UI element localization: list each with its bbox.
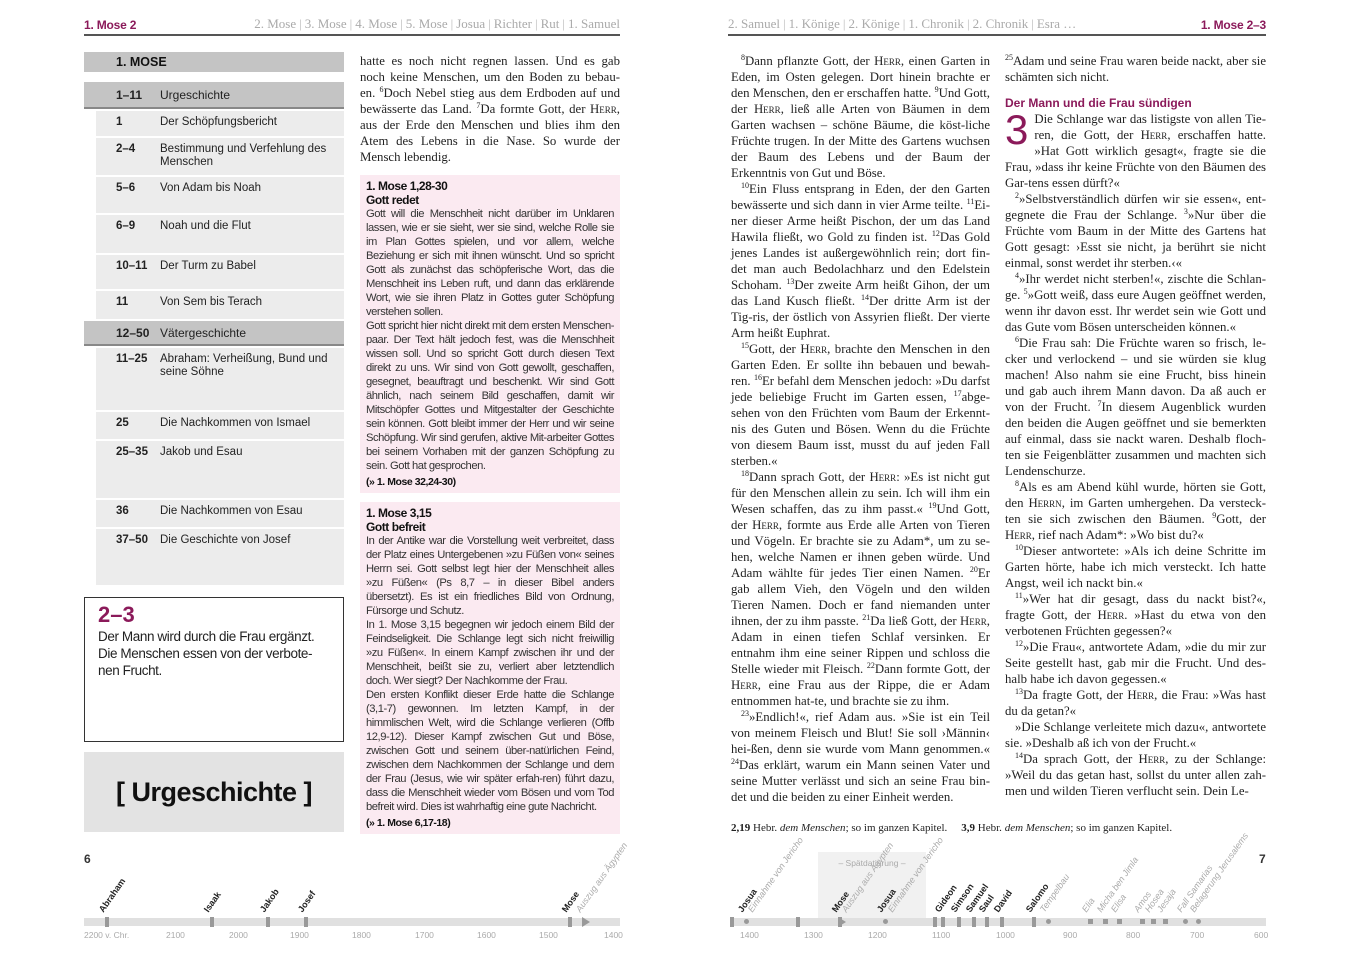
row-ref: 37–50: [116, 534, 160, 585]
verse-paragraph: 10Ein Fluss entsprang in Eden, der den G…: [731, 181, 990, 341]
outline-row[interactable]: 11Von Sem bis Terach: [96, 289, 344, 319]
timeline-label: Belagerung Jerusalems: [1188, 831, 1250, 914]
row-ref: 1: [116, 116, 160, 136]
timeline-tick: 1400: [604, 930, 623, 940]
nav-link-book[interactable]: Rut: [541, 16, 560, 32]
chapter-summary-box: 2–3 Der Mann wird durch die Frau ergänzt…: [84, 597, 344, 742]
devotional-paragraph: Gott will die Menschheit nicht darüber i…: [366, 207, 614, 319]
timeline-right: – Spätdatierung –JosuaEinnahme von Jeric…: [730, 852, 1266, 932]
timeline-tick: 700: [1190, 930, 1204, 940]
timeline-marker: [210, 917, 214, 927]
timeline-tick: 2000: [229, 930, 248, 940]
verse-paragraph: 8Dann pflanzte Gott, der Herr, einen Gar…: [731, 53, 990, 181]
devotional-title: Gott befreit: [366, 520, 614, 534]
nav-link-book[interactable]: 2. Mose: [254, 16, 296, 32]
outline-section: 12–50Vätergeschichte11–25Abraham: Verhei…: [84, 319, 344, 585]
timeline-tick: 1700: [415, 930, 434, 940]
nav-separator: |: [840, 16, 849, 32]
row-title: Bestimmung und Verfehlung des Menschen: [160, 143, 344, 175]
nav-separator: |: [780, 16, 789, 32]
footnotes: 2,19 Hebr. dem Menschen; so im ganzen Ka…: [731, 822, 1172, 834]
nav-link-book[interactable]: Josua: [456, 16, 485, 32]
row-ref: 25–35: [116, 446, 160, 498]
timeline-tick: 1300: [804, 930, 823, 940]
timeline-tick: 2200 v. Chr.: [84, 930, 129, 940]
timeline-dot: [744, 919, 749, 924]
timeline-tick: 1900: [290, 930, 309, 940]
timeline-dot: [1196, 919, 1201, 924]
devotional-crossref[interactable]: (» 1. Mose 32,24-30): [366, 475, 614, 489]
timeline-square: [1151, 919, 1156, 924]
verse-paragraph: 3Die Schlange war das listigste von alle…: [1005, 111, 1266, 191]
timeline-marker: [933, 917, 937, 927]
footnote-ref[interactable]: 2,19: [731, 822, 750, 834]
outline-row[interactable]: 25Die Nachkommen von Ismael: [96, 410, 344, 439]
nav-separator: |: [532, 16, 541, 32]
outline-row[interactable]: 5–6Von Adam bis Noah: [96, 175, 344, 213]
current-chapter-left: 1. Mose 2: [84, 18, 136, 32]
book-nav-right: 2. Samuel|1. Könige|2. Könige|1. Chronik…: [728, 16, 1076, 32]
timeline-label: Abraham: [97, 876, 128, 914]
bible-text-intro: hatte es noch nicht regnen lassen. Und e…: [360, 53, 620, 165]
left-bible-column: hatte es noch nicht regnen lassen. Und e…: [360, 53, 620, 834]
row-title: Noah und die Flut: [160, 220, 344, 253]
timeline-label: Josef: [296, 889, 318, 914]
timeline-dot: [883, 919, 888, 924]
nav-separator: |: [347, 16, 356, 32]
timeline-marker: [730, 917, 734, 927]
outline-book-title: 1. MOSE: [84, 52, 344, 72]
nav-separator: |: [559, 16, 568, 32]
timeline-square: [1117, 919, 1122, 924]
devotional-paragraph: In 1. Mose 3,15 begegnen wir jedoch eine…: [366, 618, 614, 688]
timeline-tick: 1100: [932, 930, 950, 940]
timeline-tick: 1800: [352, 930, 371, 940]
section-heading: Der Mann und die Frau sündigen: [1005, 95, 1266, 111]
timeline-arrow-icon: [838, 917, 846, 927]
row-ref: 36: [116, 505, 160, 527]
verse-paragraph: 14Da sprach Gott, der Herr, zu der Schla…: [1005, 751, 1266, 799]
outline-row[interactable]: 1Der Schöpfungsbericht: [96, 109, 344, 136]
book-outline: 1. MOSE 1–11Urgeschichte1Der Schöpfungsb…: [84, 52, 344, 585]
section-title: Urgeschichte: [160, 88, 230, 102]
timeline-marker: [1000, 917, 1004, 927]
nav-separator: |: [900, 16, 909, 32]
row-title: Die Nachkommen von Ismael: [160, 417, 344, 439]
verse-paragraph: 23»Endlich!«, rief Adam aus. »Sie ist ei…: [731, 709, 990, 805]
outline-row[interactable]: 36Die Nachkommen von Esau: [96, 498, 344, 527]
timeline-tick: 600: [1254, 930, 1268, 940]
nav-link-book[interactable]: 1. Könige: [789, 16, 840, 32]
outline-row[interactable]: 6–9Noah und die Flut: [96, 213, 344, 253]
summary-chapter-ref: 2–3: [98, 604, 330, 626]
timeline-tick: 1200: [868, 930, 887, 940]
timeline-square: [1163, 919, 1168, 924]
nav-separator: |: [964, 16, 973, 32]
nav-separator: |: [448, 16, 457, 32]
nav-link-book[interactable]: 4. Mose: [355, 16, 397, 32]
row-ref: 6–9: [116, 220, 160, 253]
timeline-left: AbrahamIsaakJakobJosefMoseAuszug aus Ägy…: [84, 852, 620, 932]
timeline-marker: [266, 917, 270, 927]
verse-paragraph: 15Gott, der Herr, brachte den Menschen i…: [731, 341, 990, 469]
timeline-tick: 1000: [996, 930, 1015, 940]
summary-text: Der Mann wird durch die Frau ergänzt. Di…: [98, 628, 330, 679]
timeline-marker: [796, 917, 800, 927]
row-title: Von Adam bis Noah: [160, 182, 344, 213]
nav-link-book[interactable]: 3. Mose: [305, 16, 347, 32]
timeline-tick: 2100: [166, 930, 185, 940]
verse-paragraph: 11»Wer hat dir gesagt, dass du nackt bis…: [1005, 591, 1266, 639]
outline-row[interactable]: 25–35Jakob und Esau: [96, 439, 344, 498]
nav-link-book[interactable]: Richter: [494, 16, 532, 32]
row-ref: 5–6: [116, 182, 160, 213]
timeline-arrow-icon: [582, 917, 590, 927]
nav-separator: |: [397, 16, 406, 32]
left-running-head: 1. Mose 2 2. Mose|3. Mose|4. Mose|5. Mos…: [84, 16, 620, 36]
section-tag: [ Urgeschichte ]: [84, 752, 344, 832]
timeline-marker: [304, 917, 308, 927]
timeline-marker: [105, 917, 109, 927]
verse-paragraph: 8Als es am Abend kühl wurde, hörten sie …: [1005, 479, 1266, 543]
row-title: Von Sem bis Terach: [160, 296, 344, 319]
timeline-marker: [1032, 917, 1036, 927]
outline-section-header[interactable]: 12–50Vätergeschichte: [84, 319, 344, 346]
chapter-number: 3: [1005, 113, 1028, 147]
nav-link-book[interactable]: Esra …: [1037, 16, 1076, 32]
footnote-italic: dem Menschen: [1005, 822, 1071, 834]
row-ref: 11: [116, 296, 160, 319]
timeline-label: Jakob: [258, 887, 281, 914]
timeline-marker: [568, 917, 572, 927]
verse-paragraph: »Die Schlange verleitete mich dazu«, ant…: [1005, 719, 1266, 751]
section-ref: 1–11: [116, 88, 160, 102]
devotional-crossref[interactable]: (» 1. Mose 6,17-18): [366, 816, 614, 830]
timeline-label: Isaak: [202, 890, 223, 914]
verse-paragraph: 10Dieser antwortete: »Als ich deine Schr…: [1005, 543, 1266, 591]
timeline-marker: [972, 917, 976, 927]
timeline-square: [1088, 919, 1093, 924]
footnote-item: 3,9 Hebr. dem Menschen; so im ganzen Kap…: [961, 822, 1172, 834]
row-ref: 10–11: [116, 260, 160, 289]
row-title: Der Turm zu Babel: [160, 260, 344, 289]
timeline-square: [1140, 919, 1145, 924]
book-nav-left: 2. Mose|3. Mose|4. Mose|5. Mose|Josua|Ri…: [254, 16, 620, 32]
verse-2-25: 25Adam und seine Frau waren beide nackt,…: [1005, 53, 1266, 85]
timeline-tick: 900: [1063, 930, 1077, 940]
timeline-dot: [1183, 919, 1188, 924]
current-chapter-right: 1. Mose 2–3: [1201, 18, 1266, 32]
row-ref: 11–25: [116, 353, 160, 410]
timeline-tick: 800: [1126, 930, 1140, 940]
section-title: Vätergeschichte: [160, 326, 246, 340]
nav-separator: |: [296, 16, 305, 32]
nav-separator: |: [485, 16, 494, 32]
devotional-ref[interactable]: 1. Mose 3,15: [366, 506, 614, 520]
verse-paragraph: 2»Selbstverständlich dürfen wir sie esse…: [1005, 191, 1266, 271]
row-title: Abraham: Verheißung, Bund und seine Söhn…: [160, 353, 344, 410]
devotional-paragraph: Den ersten Konflikt dieser Erde hatte di…: [366, 688, 614, 814]
footnote-item: 2,19 Hebr. dem Menschen; so im ganzen Ka…: [731, 822, 947, 834]
devotional-box: 1. Mose 3,15Gott befreitIn der Antike wa…: [360, 502, 620, 834]
row-title: Jakob und Esau: [160, 446, 344, 498]
verse-paragraph: 6Die Frau sah: Die Früchte waren so fris…: [1005, 335, 1266, 479]
verse-paragraph: 13Da fragte Gott, der Herr, die Frau: »W…: [1005, 687, 1266, 719]
outline-row[interactable]: 2–4Bestimmung und Verfehlung des Mensche…: [96, 136, 344, 175]
right-running-head: 2. Samuel|1. Könige|2. Könige|1. Chronik…: [728, 16, 1266, 36]
timeline-tick: 1600: [477, 930, 496, 940]
nav-separator: |: [1028, 16, 1037, 32]
row-title: Die Geschichte von Josef: [160, 534, 344, 585]
timeline-label: Elia: [1080, 896, 1097, 914]
nav-link-book[interactable]: 2. Chronik: [973, 16, 1029, 32]
timeline-square: [1103, 919, 1108, 924]
right-bible-column-1: 8Dann pflanzte Gott, der Herr, einen Gar…: [731, 53, 990, 805]
devotional-paragraph: Gott spricht hier nicht direkt mit dem e…: [366, 319, 614, 473]
nav-link-book[interactable]: 1. Chronik: [908, 16, 964, 32]
outline-row[interactable]: 10–11Der Turm zu Babel: [96, 253, 344, 289]
outline-section-header[interactable]: 1–11Urgeschichte: [84, 82, 344, 109]
footnote-ref[interactable]: 3,9: [961, 822, 975, 834]
devotional-ref[interactable]: 1. Mose 1,28-30: [366, 179, 614, 193]
outline-row[interactable]: 11–25Abraham: Verheißung, Bund und seine…: [96, 346, 344, 410]
verse-paragraph: 4»Ihr werdet nicht sterben!«, zischte di…: [1005, 271, 1266, 335]
timeline-dot: [1046, 919, 1051, 924]
verse-paragraph: 18Dann sprach Gott, der Herr: »Es ist ni…: [731, 469, 990, 709]
section-ref: 12–50: [116, 326, 160, 340]
devotional-paragraph: In der Antike war die Vorstellung weit v…: [366, 534, 614, 618]
devotional-title: Gott redet: [366, 193, 614, 207]
outline-section: 1–11Urgeschichte1Der Schöpfungsbericht2–…: [84, 82, 344, 319]
footnote-italic: dem Menschen: [780, 822, 846, 834]
nav-link-book[interactable]: 2. Samuel: [728, 16, 780, 32]
timeline-label: David: [992, 888, 1014, 914]
row-title: Der Schöpfungsbericht: [160, 116, 344, 136]
timeline-label: Einnahme von Jericho: [746, 835, 805, 914]
outline-row[interactable]: 37–50Die Geschichte von Josef: [96, 527, 344, 585]
timeline-tick: 1400: [740, 930, 759, 940]
nav-link-book[interactable]: 1. Samuel: [568, 16, 620, 32]
verse-paragraph: 12»Die Frau«, antwortete Adam, »die du m…: [1005, 639, 1266, 687]
devotional-box: 1. Mose 1,28-30Gott redetGott will die M…: [360, 175, 620, 493]
row-ref: 25: [116, 417, 160, 439]
row-title: Die Nachkommen von Esau: [160, 505, 344, 527]
timeline-label: Auszug aus Ägypten: [574, 841, 630, 914]
row-ref: 2–4: [116, 143, 160, 175]
nav-link-book[interactable]: 2. Könige: [849, 16, 900, 32]
right-bible-column-2: 25Adam und seine Frau waren beide nackt,…: [1005, 53, 1266, 799]
nav-link-book[interactable]: 5. Mose: [406, 16, 448, 32]
timeline-marker: [941, 917, 945, 927]
timeline-tick: 1500: [539, 930, 558, 940]
timeline-marker: [985, 917, 989, 927]
timeline-bar: [84, 918, 620, 926]
timeline-marker: [957, 917, 961, 927]
